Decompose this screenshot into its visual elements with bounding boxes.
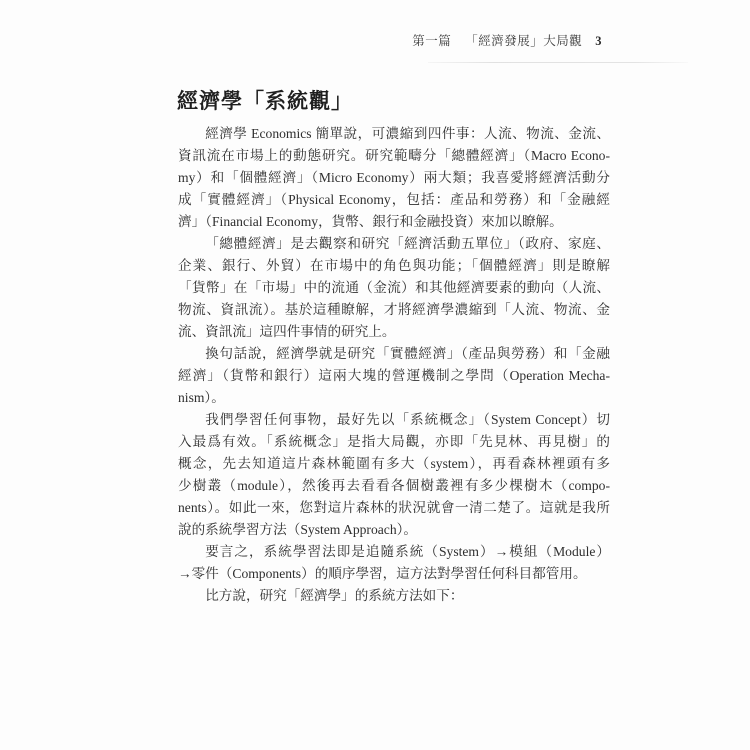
text-line: 我們學習任何事物，最好先以「系統概念」（System Concept）切	[178, 409, 610, 431]
section-heading: 經濟學「系統觀」	[177, 85, 353, 115]
text-line: 換句話說，經濟學就是研究「實體經濟」（產品與勞務）和「金融	[178, 343, 610, 365]
text-line: 物流、資訊流）。基於這種瞭解，才將經濟學濃縮到「人流、物流、金	[178, 299, 610, 321]
text-line: 少樹叢（module），然後再去看看各個樹叢裡有多少棵樹木（compo-	[178, 475, 610, 497]
header-page-number: 3	[595, 34, 602, 48]
body-text: 經濟學 Economics 簡單說，可濃縮到四件事：人流、物流、金流、資訊流在市…	[178, 123, 610, 607]
header-rule	[428, 62, 688, 63]
text-line: 「總體經濟」是去觀察和研究「經濟活動五單位」（政府、家庭、	[178, 233, 610, 255]
text-line: 企業、銀行、外貿）在市場中的角色與功能；「個體經濟」則是瞭解	[178, 255, 610, 277]
text-line: my）和「個體經濟」（Micro Economy）兩大類；我喜愛將經濟活動分	[178, 167, 610, 189]
text-line: 經濟」（貨幣和銀行）這兩大塊的營運機制之學問（Operation Mecha-	[178, 365, 610, 387]
text-line: 「貨幣」在「市場」中的流通（金流）和其他經濟要素的動向（人流、	[178, 277, 610, 299]
header-part-label: 第一篇	[412, 34, 451, 48]
header-section-title: 「經濟發展」大局觀	[465, 34, 582, 48]
text-line: nents）。如此一來，您對這片森林的狀況就會一清二楚了。這就是我所	[178, 497, 610, 519]
text-line: →零件（Components）的順序學習，這方法對學習任何科目都管用。	[178, 563, 610, 585]
text-line: 入最爲有效。「系統概念」是指大局觀，亦即「先見林、再見樹」的	[178, 431, 610, 453]
book-page: 第一篇「經濟發展」大局觀3 經濟學「系統觀」 經濟學 Economics 簡單說…	[0, 0, 750, 750]
text-line: 濟」（Financial Economy，貨幣、銀行和金融投資）來加以瞭解。	[178, 211, 610, 233]
text-line: 流、資訊流」這四件事情的研究上。	[178, 321, 610, 343]
running-header: 第一篇「經濟發展」大局觀3	[412, 31, 602, 49]
text-line: 成「實體經濟」（Physical Economy，包括：產品和勞務）和「金融經	[178, 189, 610, 211]
text-line: 說的系統學習方法（System Approach）。	[178, 519, 610, 541]
text-line: 經濟學 Economics 簡單說，可濃縮到四件事：人流、物流、金流、	[178, 123, 610, 145]
text-line: 資訊流在市場上的動態研究。研究範疇分「總體經濟」（Macro Econo-	[178, 145, 610, 167]
text-line: 概念，先去知道這片森林範圍有多大（system），再看森林裡頭有多	[178, 453, 610, 475]
text-line: nism）。	[178, 387, 610, 409]
text-line: 比方說，研究「經濟學」的系統方法如下：	[178, 585, 610, 607]
text-line: 要言之，系統學習法即是追隨系統（System）→模組（Module）	[178, 541, 610, 563]
